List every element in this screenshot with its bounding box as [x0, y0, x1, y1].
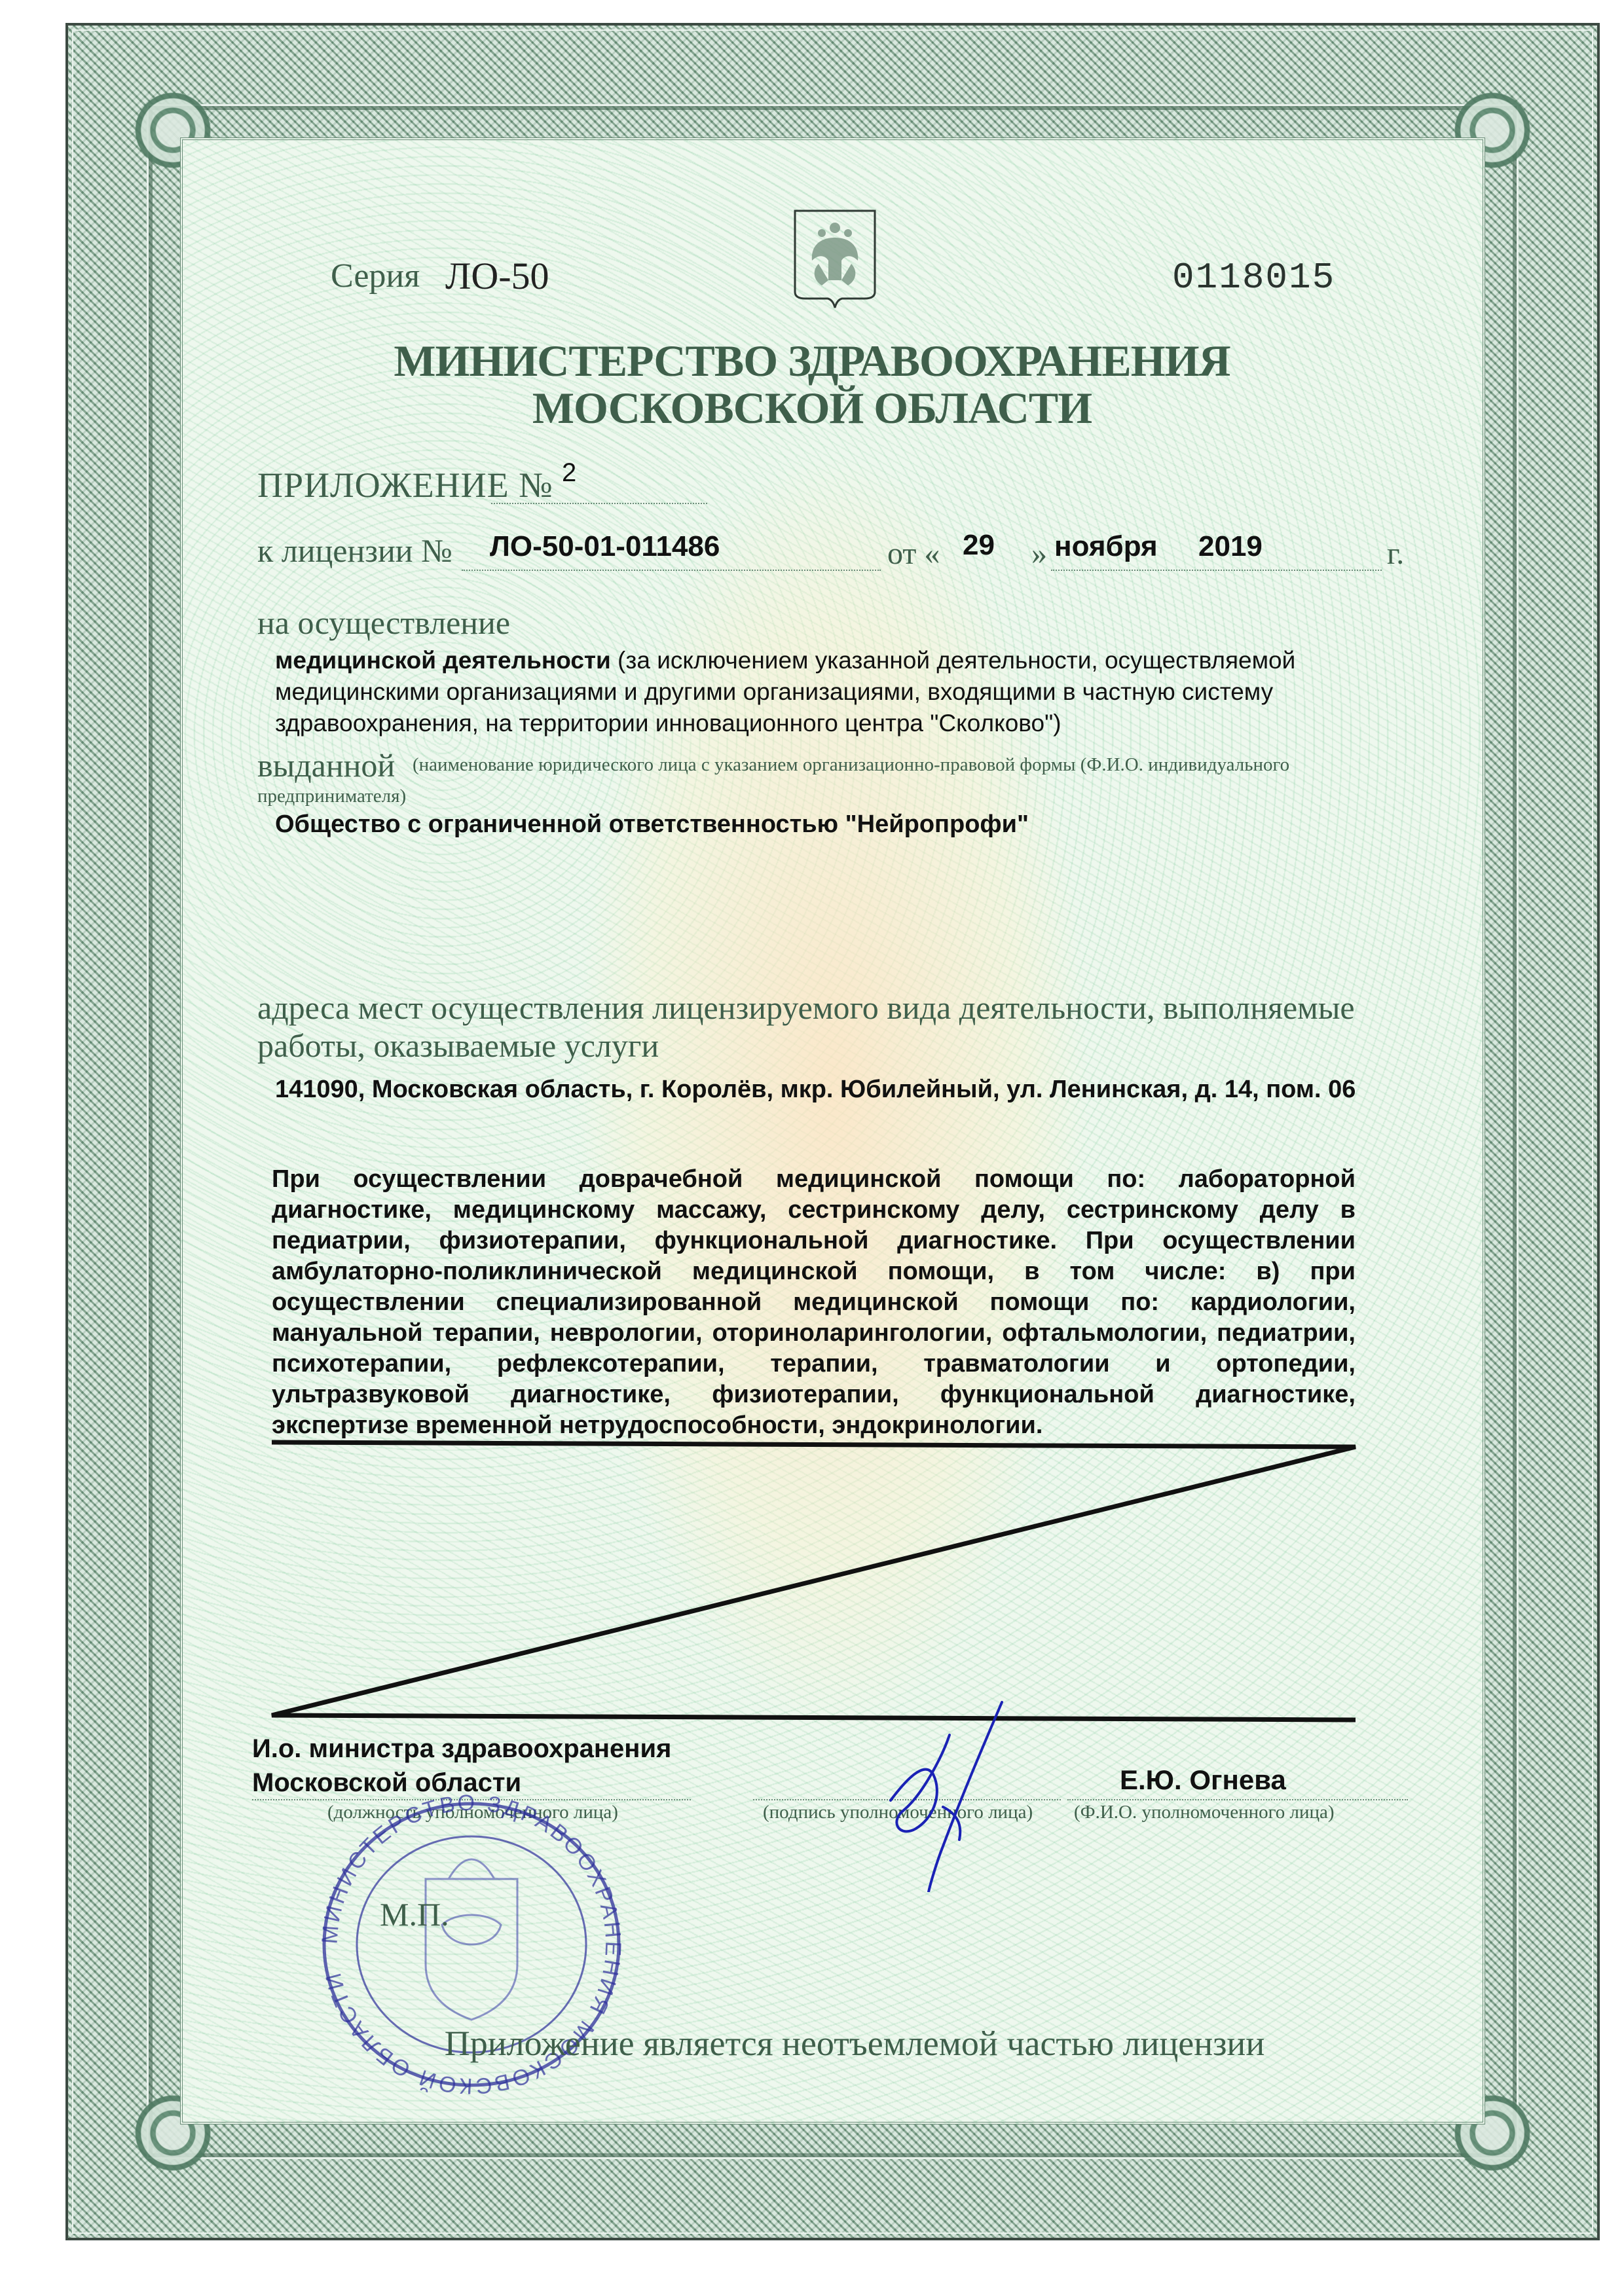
seal-placeholder-label: М.П. [380, 1895, 449, 1933]
issuer-title-line-1: МИНИСТЕРСТВО ЗДРАВООХРАНЕНИЯ [0, 335, 1624, 387]
activity-type: медицинской деятельности [275, 647, 611, 674]
blank-number: 0118015 [1172, 257, 1335, 299]
handwritten-signature-icon [851, 1696, 1022, 1892]
activity-address: 141090, Московская область, г. Королёв, … [275, 1074, 1388, 1105]
series-value: ЛО-50 [445, 254, 549, 298]
year-suffix: г. [1387, 536, 1404, 572]
issued-to-hint-cont: предпринимателя) [257, 786, 406, 807]
services-list: При осуществлении доврачебной медицинско… [272, 1164, 1356, 1441]
activity-label: на осуществление [257, 604, 510, 642]
appendix-label: ПРИЛОЖЕНИЕ № [257, 465, 553, 505]
activity-description: медицинской деятельности (за исключением… [275, 645, 1388, 739]
appendix-number: 2 [562, 458, 576, 488]
license-year: 2019 [1198, 530, 1263, 563]
russian-coat-of-arms-icon [792, 208, 877, 310]
signatory-name: Е.Ю. Огнева [1120, 1764, 1286, 1796]
issued-to-hint: (наименование юридического лица с указан… [413, 754, 1289, 776]
fill-line [1051, 570, 1382, 571]
license-month: ноября [1054, 530, 1158, 563]
fill-line [491, 503, 707, 504]
series-label: Серия [331, 257, 420, 295]
issuer-title-line-2: МОСКОВСКОЙ ОБЛАСТИ [0, 382, 1624, 434]
fill-line [462, 570, 881, 571]
issued-to-label: выданной [257, 746, 395, 784]
license-label: к лицензии № [257, 532, 452, 570]
date-quote-close: » [1031, 536, 1047, 572]
license-number: ЛО-50-01-011486 [490, 530, 720, 563]
fill-line [1067, 1799, 1408, 1800]
caption-name: (Ф.И.О. уполномоченного лица) [1074, 1802, 1335, 1823]
footer-note: Приложение является неотъемлемой частью … [0, 2023, 1624, 2064]
date-prefix: от « [887, 536, 940, 572]
company-name: Общество с ограниченной ответственностью… [275, 811, 1029, 839]
signatory-position: И.о. министра здравоохранения Московской… [252, 1732, 671, 1800]
addresses-label: адреса мест осуществления лицензируемого… [257, 989, 1423, 1065]
license-day: 29 [963, 529, 995, 562]
